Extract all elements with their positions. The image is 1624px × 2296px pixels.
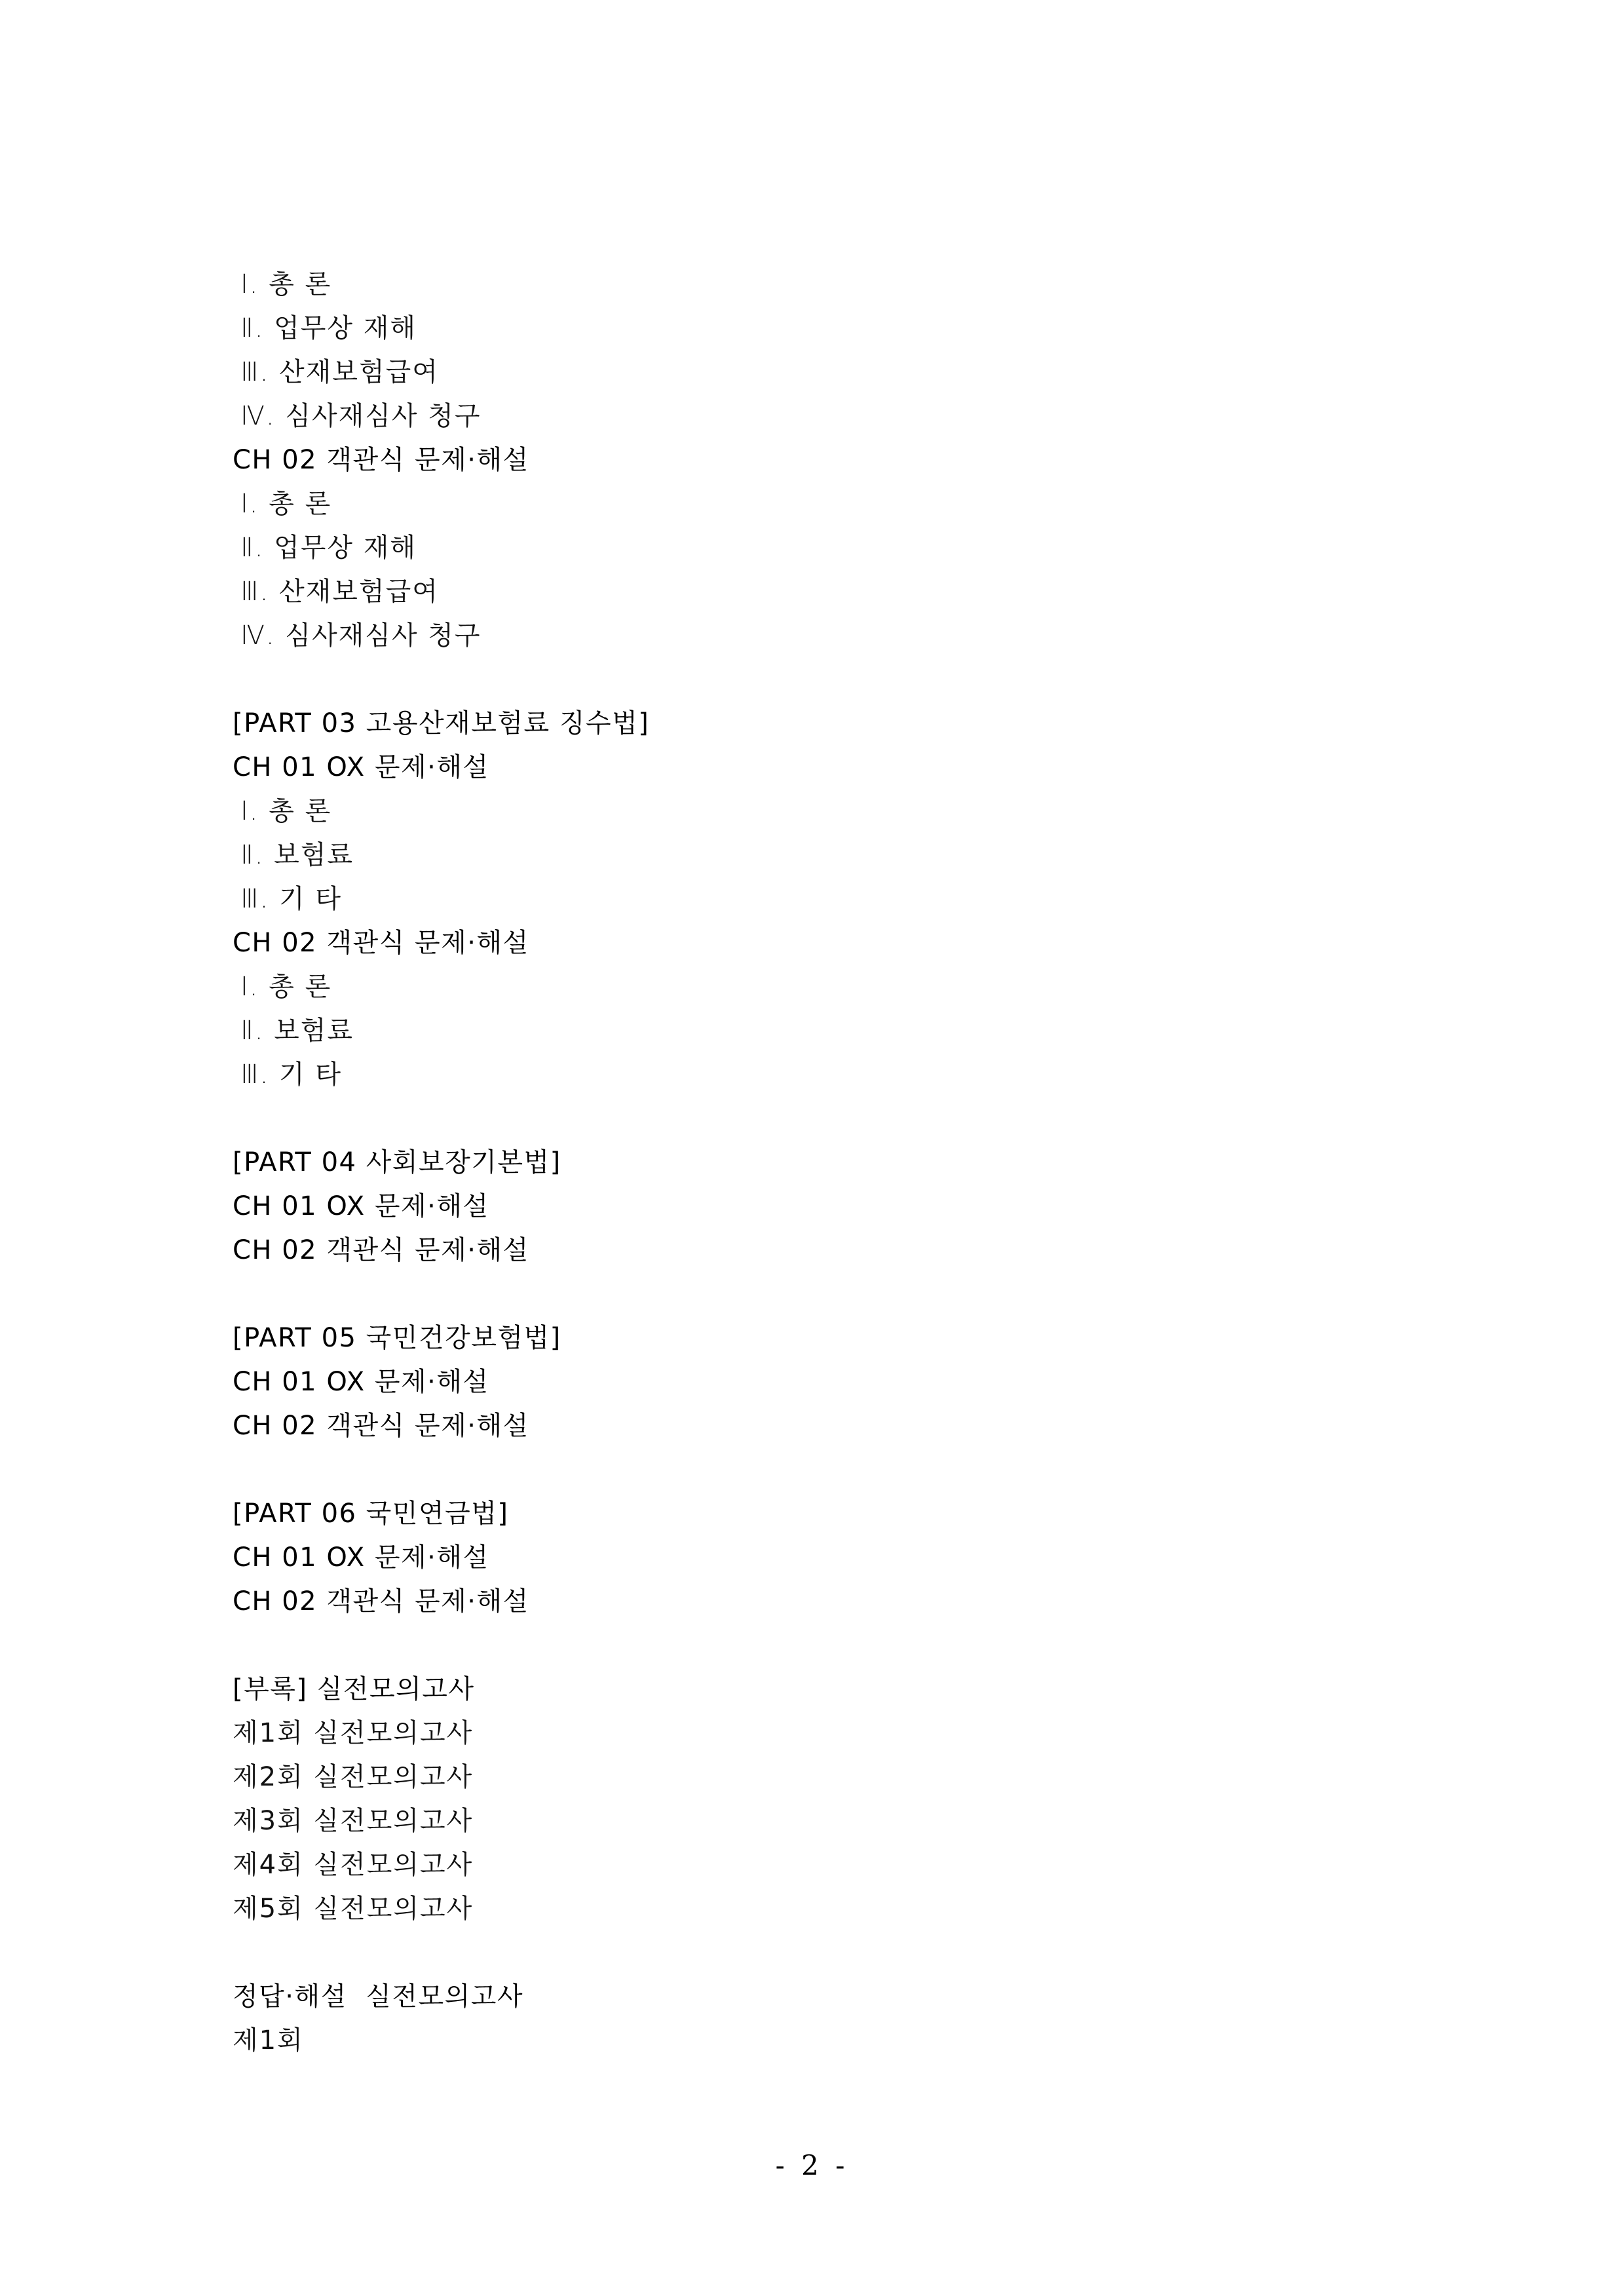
toc-spacer	[233, 1931, 1412, 1975]
toc-part-heading: [PART 03 고용산재보험료 징수법]	[233, 702, 1412, 746]
toc-chapter-heading: CH 02 객관식 문제·해설	[233, 921, 1412, 965]
table-of-contents: Ⅰ. 총 론 Ⅱ. 업무상 재해 Ⅲ. 산재보험급여 Ⅳ. 심사재심사 청구 C…	[233, 263, 1412, 2063]
toc-section-item: Ⅲ. 산재보험급여	[233, 351, 1412, 394]
toc-chapter-heading: CH 02 객관식 문제·해설	[233, 1404, 1412, 1448]
toc-section-item: Ⅰ. 총 론	[233, 482, 1412, 526]
toc-section-item: Ⅱ. 업무상 재해	[233, 526, 1412, 570]
toc-spacer	[233, 1272, 1412, 1316]
toc-mock-exam-item: 제4회 실전모의고사	[233, 1843, 1412, 1887]
page-number: - 2 -	[0, 2149, 1624, 2181]
toc-chapter-heading: CH 02 객관식 문제·해설	[233, 1229, 1412, 1272]
toc-mock-exam-item: 제2회 실전모의고사	[233, 1755, 1412, 1799]
toc-section-item: Ⅱ. 보험료	[233, 1009, 1412, 1053]
toc-answer-heading: 정답·해설 실전모의고사	[233, 1975, 1412, 2019]
toc-section-item: Ⅰ. 총 론	[233, 965, 1412, 1009]
toc-section-item: Ⅳ. 심사재심사 청구	[233, 394, 1412, 438]
toc-part-heading: [PART 05 국민건강보험법]	[233, 1316, 1412, 1360]
toc-part-heading: [PART 06 국민연금법]	[233, 1492, 1412, 1536]
toc-part-heading: [PART 04 사회보장기본법]	[233, 1141, 1412, 1185]
document-page: Ⅰ. 총 론 Ⅱ. 업무상 재해 Ⅲ. 산재보험급여 Ⅳ. 심사재심사 청구 C…	[0, 0, 1624, 2296]
toc-spacer	[233, 658, 1412, 702]
toc-mock-exam-item: 제5회 실전모의고사	[233, 1887, 1412, 1931]
toc-section-item: Ⅲ. 기 타	[233, 1053, 1412, 1097]
toc-chapter-heading: CH 01 OX 문제·해설	[233, 1185, 1412, 1229]
toc-section-item: Ⅰ. 총 론	[233, 263, 1412, 307]
toc-chapter-heading: CH 01 OX 문제·해설	[233, 1536, 1412, 1580]
toc-chapter-heading: CH 01 OX 문제·해설	[233, 1360, 1412, 1404]
toc-section-item: Ⅳ. 심사재심사 청구	[233, 614, 1412, 658]
toc-mock-exam-item: 제1회 실전모의고사	[233, 1712, 1412, 1755]
toc-section-item: Ⅲ. 기 타	[233, 877, 1412, 921]
toc-appendix-heading: [부록] 실전모의고사	[233, 1668, 1412, 1712]
toc-spacer	[233, 1624, 1412, 1668]
toc-section-item: Ⅱ. 업무상 재해	[233, 307, 1412, 351]
toc-spacer	[233, 1448, 1412, 1492]
toc-section-item: Ⅲ. 산재보험급여	[233, 570, 1412, 614]
toc-chapter-heading: CH 02 객관식 문제·해설	[233, 438, 1412, 482]
toc-chapter-heading: CH 01 OX 문제·해설	[233, 746, 1412, 790]
toc-answer-exam-item: 제1회	[233, 2019, 1412, 2063]
toc-mock-exam-item: 제3회 실전모의고사	[233, 1799, 1412, 1843]
toc-chapter-heading: CH 02 객관식 문제·해설	[233, 1580, 1412, 1624]
toc-section-item: Ⅱ. 보험료	[233, 833, 1412, 877]
toc-spacer	[233, 1097, 1412, 1141]
toc-section-item: Ⅰ. 총 론	[233, 790, 1412, 833]
